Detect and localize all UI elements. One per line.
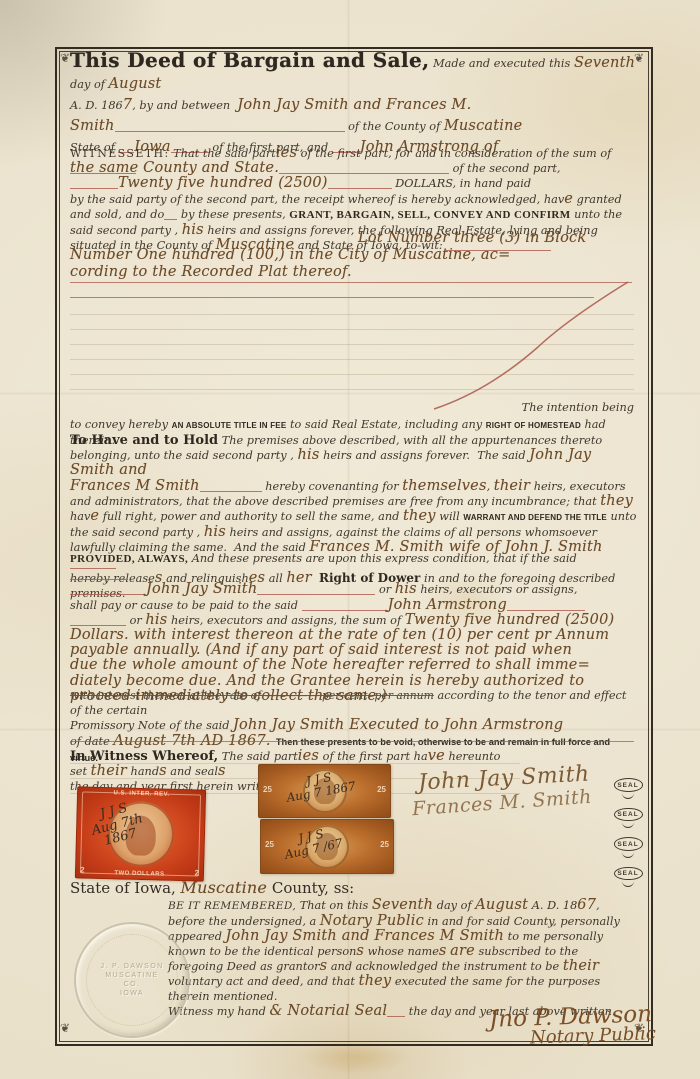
text-segment: to said Real Estate, including any xyxy=(286,418,485,431)
text-segment: day of xyxy=(433,899,475,912)
blank-fill-rule xyxy=(164,208,177,220)
text-segment: Made and executed this xyxy=(429,57,573,70)
text-segment: BE IT REMEMBERED, xyxy=(168,900,296,912)
text-segment: Twenty five hundred (2500) xyxy=(405,612,615,628)
blank-fill-rule xyxy=(507,599,585,611)
text-segment: GRANT, BARGAIN, SELL, CONVEY AND CONFIRM xyxy=(289,209,570,221)
text-segment: hand xyxy=(127,765,159,778)
text-segment: And these presents are upon this express… xyxy=(188,552,580,565)
text-segment: John Jay Smith Executed to John Armstron… xyxy=(233,717,563,733)
seal-label: SEAL xyxy=(614,808,643,822)
blank-fill-rule xyxy=(302,599,388,611)
text-segment: Notary Public xyxy=(320,913,424,929)
text-segment: shall pay or cause to be paid to the sai… xyxy=(70,599,302,612)
blank-fill-rule xyxy=(70,583,146,595)
embossed-notary-seal: J. P. DAWSON MUSCATINE CO. IOWA xyxy=(74,922,190,1038)
text-segment: PROVIDED, ALWAYS, xyxy=(70,553,188,565)
seal-scroll: SEAL xyxy=(609,837,647,858)
text-segment: will xyxy=(436,510,464,523)
notary-signature-block: Jno P. Dawson Notary Public xyxy=(489,1004,652,1047)
text-segment: John Jay Smith and Frances M. xyxy=(237,97,471,113)
text-segment: whose name xyxy=(364,945,439,958)
text-segment: Twenty five hundred (2500) xyxy=(118,175,328,191)
text-segment: his xyxy=(297,447,319,463)
text-segment: , xyxy=(487,480,494,493)
void-strike-diagonal-line xyxy=(428,279,636,413)
text-segment: John Jay Smith and Frances M Smith xyxy=(226,928,505,944)
text-segment: themselves xyxy=(402,478,486,494)
text-segment: State of Iowa, xyxy=(70,879,181,897)
text-segment: s xyxy=(218,763,226,779)
text-segment: The said part xyxy=(218,750,298,763)
text-segment: August xyxy=(475,897,528,913)
text-segment: John Armstrong xyxy=(388,597,507,613)
text-segment: of the first part, for and in considerat… xyxy=(297,147,615,160)
text-segment: heirs, executors or assigns, xyxy=(417,583,578,596)
text-segment: and acknowledged the instrument to be xyxy=(327,960,563,973)
stamp-denomination: 25 xyxy=(263,785,272,794)
text-segment: heirs and assigns forever. The said xyxy=(320,449,530,462)
red-separator-line xyxy=(70,741,634,742)
25c-revenue-stamp-bottom: 25 25 J J S Aug 7 /67 xyxy=(260,819,394,874)
text-segment: e xyxy=(564,191,573,207)
text-segment: diately become due. And the Grantee here… xyxy=(70,673,584,689)
blank-fill-rule xyxy=(70,162,136,174)
blank-fill-rule xyxy=(70,177,118,189)
text-segment: ve xyxy=(428,748,445,764)
text-segment: & Notarial Seal xyxy=(270,1003,388,1019)
text-segment: 7 xyxy=(123,97,132,113)
embossed-seal-ring xyxy=(86,934,178,1026)
text-segment: Seventh xyxy=(574,55,635,71)
seal-flourish xyxy=(622,822,634,828)
text-segment: heirs, executors and assigns, the sum of xyxy=(167,614,404,627)
text-segment: full right, power and authority to sell … xyxy=(99,510,403,523)
25c-revenue-stamp-top: 25 25 J J S Aug 7 1867 xyxy=(258,764,391,818)
text-segment: Seventh xyxy=(372,897,433,913)
text-segment: RIGHT OF HOMESTEAD xyxy=(486,421,581,430)
text-segment: they xyxy=(600,493,633,509)
text-segment: s xyxy=(159,763,167,779)
section-notary-acknowledgment: BE IT REMEMBERED, That on this Seventh d… xyxy=(168,898,634,1019)
text-segment: WITNESSETH: xyxy=(70,147,170,160)
text-segment: A. D. 186 xyxy=(70,99,123,112)
text-segment: Number One hundred (100,) in the City of… xyxy=(70,247,510,263)
seal-scroll: SEAL xyxy=(609,808,647,829)
text-segment: Muscatine xyxy=(444,118,523,134)
text-segment: payable annually. (And if any part of sa… xyxy=(70,642,572,658)
text-segment: his xyxy=(145,612,167,628)
text-segment: cording to the Recorded Plat thereof. xyxy=(70,264,352,280)
text-segment: by these presents, xyxy=(177,208,289,221)
text-segment: and seal xyxy=(167,765,218,778)
text-segment: hav xyxy=(70,510,90,523)
blank-fill-rule xyxy=(328,177,392,189)
section-provided-always: PROVIDED, ALWAYS, And these presents are… xyxy=(70,551,638,704)
stamp-denomination: 25 xyxy=(377,785,386,794)
text-segment: WARRANT AND DEFEND THE TITLE xyxy=(463,513,607,522)
text-segment: County, ss: xyxy=(267,879,354,897)
text-segment: e xyxy=(90,508,99,524)
text-segment: Frances M Smith xyxy=(70,478,200,494)
text-segment: their xyxy=(494,478,530,494)
blank-fill-rule xyxy=(387,1005,405,1017)
section-property-description: Lot Number three (3) in BlockNumber One … xyxy=(70,230,638,281)
seal-label: SEAL xyxy=(614,867,643,881)
text-segment: To Have and to Hold xyxy=(70,433,218,448)
text-segment: Promissory Note of the said xyxy=(70,719,233,732)
text-segment: by the said party of the second part, th… xyxy=(70,193,564,206)
text-segment: his xyxy=(395,581,417,597)
text-segment: or xyxy=(375,583,394,596)
text-segment: they xyxy=(359,973,392,989)
text-segment: of the first part ha xyxy=(319,750,428,763)
text-segment: In Witness Whereof, xyxy=(70,749,218,764)
blank-fill-rule xyxy=(200,480,262,492)
text-segment: they xyxy=(403,508,436,524)
text-segment: their xyxy=(91,763,127,779)
text-segment: to convey hereby xyxy=(70,418,172,431)
text-segment: DOLLARS, in hand paid xyxy=(392,177,532,190)
text-segment: AN ABSOLUTE TITLE IN FEE xyxy=(172,421,287,430)
stamp-denomination: 25 xyxy=(265,840,274,849)
seal-label: SEAL xyxy=(614,778,643,792)
seal-flourish xyxy=(622,852,634,858)
text-segment: Smith xyxy=(70,118,115,134)
text-segment: , by and between xyxy=(132,99,237,112)
text-segment: s xyxy=(439,943,447,959)
text-segment: their xyxy=(563,958,599,974)
text-segment: or xyxy=(126,614,145,627)
text-segment: s xyxy=(356,943,364,959)
document-content: This Deed of Bargain and Sale, Made and … xyxy=(0,0,700,1079)
section-state-county-line: State of Iowa, Muscatine County, ss: xyxy=(70,880,638,897)
text-segment: with interest thereon at the rate of ———… xyxy=(70,689,434,702)
text-segment: 67 xyxy=(577,897,596,913)
stamp-denomination: 25 xyxy=(380,840,389,849)
text-segment: his xyxy=(204,524,226,540)
text-segment: Muscatine xyxy=(181,878,268,897)
text-segment: due the whole amount of the Note hereaft… xyxy=(70,657,590,673)
text-segment: hereby covenanting for xyxy=(262,480,403,493)
stamp-cancellation-handwriting: J J S Aug 7 1867 xyxy=(283,767,356,804)
intention-lead-line: The intention being xyxy=(522,401,634,414)
blank-fill-rule xyxy=(115,120,345,132)
blank-fill-rule xyxy=(257,583,375,595)
seal-flourish xyxy=(622,793,634,799)
text-segment: ies xyxy=(276,145,297,161)
text-segment: John Jay Smith xyxy=(146,581,257,597)
text-segment: Dollars. with interest thereon at the ra… xyxy=(70,627,609,643)
spacer xyxy=(70,241,358,242)
text-segment: of the County of xyxy=(345,120,444,133)
seal-scroll-column: SEAL SEAL SEAL SEAL xyxy=(609,778,647,896)
text-segment: Lot Number three (3) in Block xyxy=(358,230,586,246)
notary-title-handwriting: Notary Public xyxy=(489,1023,657,1050)
seal-label: SEAL xyxy=(614,837,643,851)
seal-scroll: SEAL xyxy=(609,778,647,799)
deed-document-photo: ❦ ❦ ❦ ❦ This Deed of Bargain and Sale, M… xyxy=(0,0,700,1079)
two-dollar-revenue-stamp: U.S. INTER. REV. 2 2 TWO DOLLARS J J S A… xyxy=(75,786,206,881)
text-segment: are xyxy=(450,943,475,959)
text-segment: ies xyxy=(298,748,319,764)
text-segment: That on this xyxy=(296,899,372,912)
text-segment: August xyxy=(109,76,162,92)
text-segment: This Deed of Bargain and Sale, xyxy=(70,48,429,72)
text-segment: That the said part xyxy=(170,147,276,160)
blank-fill-rule xyxy=(70,614,126,626)
blank-fill-rule xyxy=(70,568,128,580)
text-segment: A. D. 18 xyxy=(528,899,577,912)
